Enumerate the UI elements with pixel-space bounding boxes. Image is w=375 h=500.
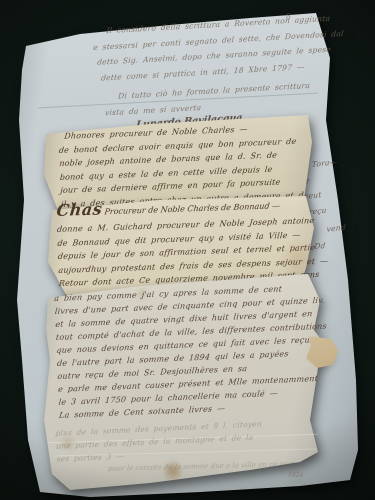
manuscript-photo: 8 Il considero della scrittura a Roveret… (0, 0, 375, 500)
handwriting-block: Il considero della scrittura a Rovereto … (92, 10, 347, 121)
faded-bottom-mark: 1824 (288, 472, 303, 479)
drop-cap: Chas (56, 199, 104, 220)
sheet-accounts: a bien pay comme j'ai cy apres la somme … (38, 270, 338, 498)
handwriting-block: a bien pay comme j'ai cy apres la somme … (54, 281, 329, 422)
first-line-text: Procureur de Noble Charles de Bonnaud — (102, 201, 281, 216)
